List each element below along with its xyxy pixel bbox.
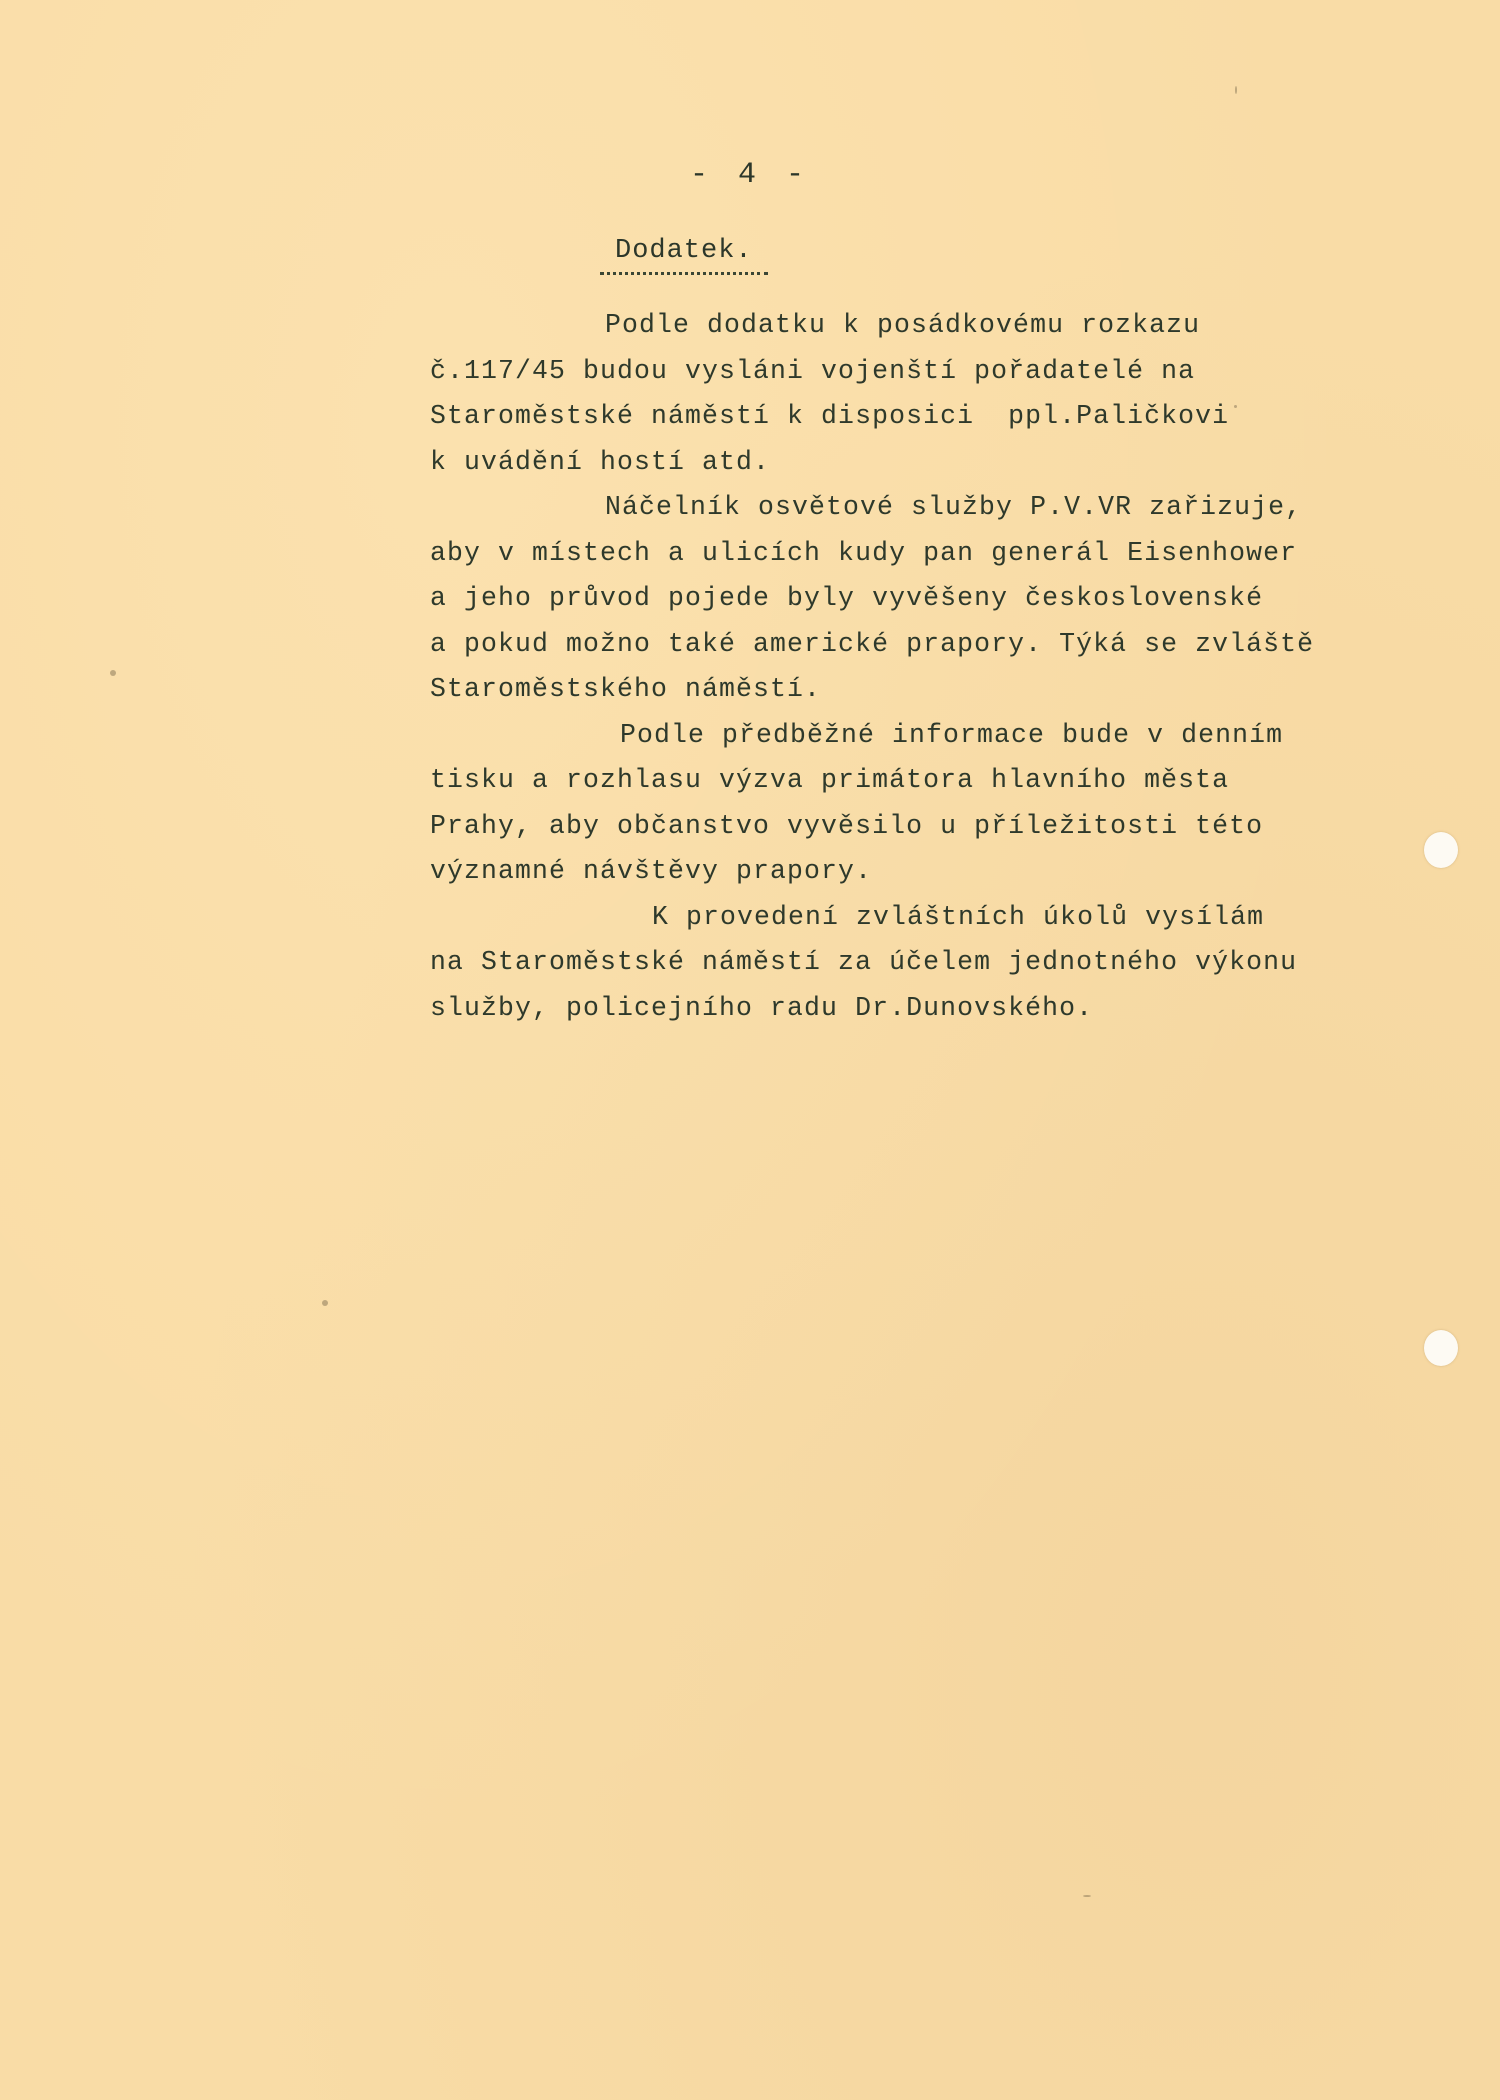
document-body: Podle dodatku k posádkovému rozkazu č.11…: [430, 303, 1430, 1031]
text-line: k uvádění hostí atd.: [430, 440, 1430, 486]
text-line: K provedení zvláštních úkolů vysílám: [430, 895, 1430, 941]
text-line: Náčelník osvětové služby P.V.VR zařizuje…: [430, 485, 1430, 531]
paper-speck: [322, 1300, 328, 1306]
text-line: Staroměstské náměstí k disposici ppl.Pal…: [430, 394, 1430, 440]
paper-speck: [1235, 86, 1237, 94]
text-line: významné návštěvy prapory.: [430, 849, 1430, 895]
paper-speck: [110, 670, 116, 676]
paper-speck: [1083, 1895, 1091, 1897]
page-number: - 4 -: [650, 158, 850, 192]
text-line: č.117/45 budou vysláni vojenští pořadate…: [430, 349, 1430, 395]
paragraph-4: K provedení zvláštních úkolů vysílám na …: [430, 895, 1430, 1032]
paragraph-2: Náčelník osvětové služby P.V.VR zařizuje…: [430, 485, 1430, 713]
text-line: aby v místech a ulicích kudy pan generál…: [430, 531, 1430, 577]
text-line: služby, policejního radu Dr.Dunovského.: [430, 986, 1430, 1032]
heading-underline: [600, 272, 768, 275]
paragraph-1: Podle dodatku k posádkovému rozkazu č.11…: [430, 303, 1430, 485]
text-line: Prahy, aby občanstvo vyvěsilo u příležit…: [430, 804, 1430, 850]
text-line: a pokud možno také americké prapory. Týk…: [430, 622, 1430, 668]
section-heading: Dodatek.: [615, 236, 753, 266]
text-line: Podle předběžné informace bude v denním: [430, 713, 1430, 759]
text-line: Staroměstského náměstí.: [430, 667, 1430, 713]
paragraph-3: Podle předběžné informace bude v denním …: [430, 713, 1430, 895]
text-line: tisku a rozhlasu výzva primátora hlavníh…: [430, 758, 1430, 804]
text-line: a jeho průvod pojede byly vyvěšeny česko…: [430, 576, 1430, 622]
punch-hole-bottom: [1424, 1330, 1458, 1366]
text-line: na Staroměstské náměstí za účelem jednot…: [430, 940, 1430, 986]
text-line: Podle dodatku k posádkovému rozkazu: [430, 303, 1430, 349]
